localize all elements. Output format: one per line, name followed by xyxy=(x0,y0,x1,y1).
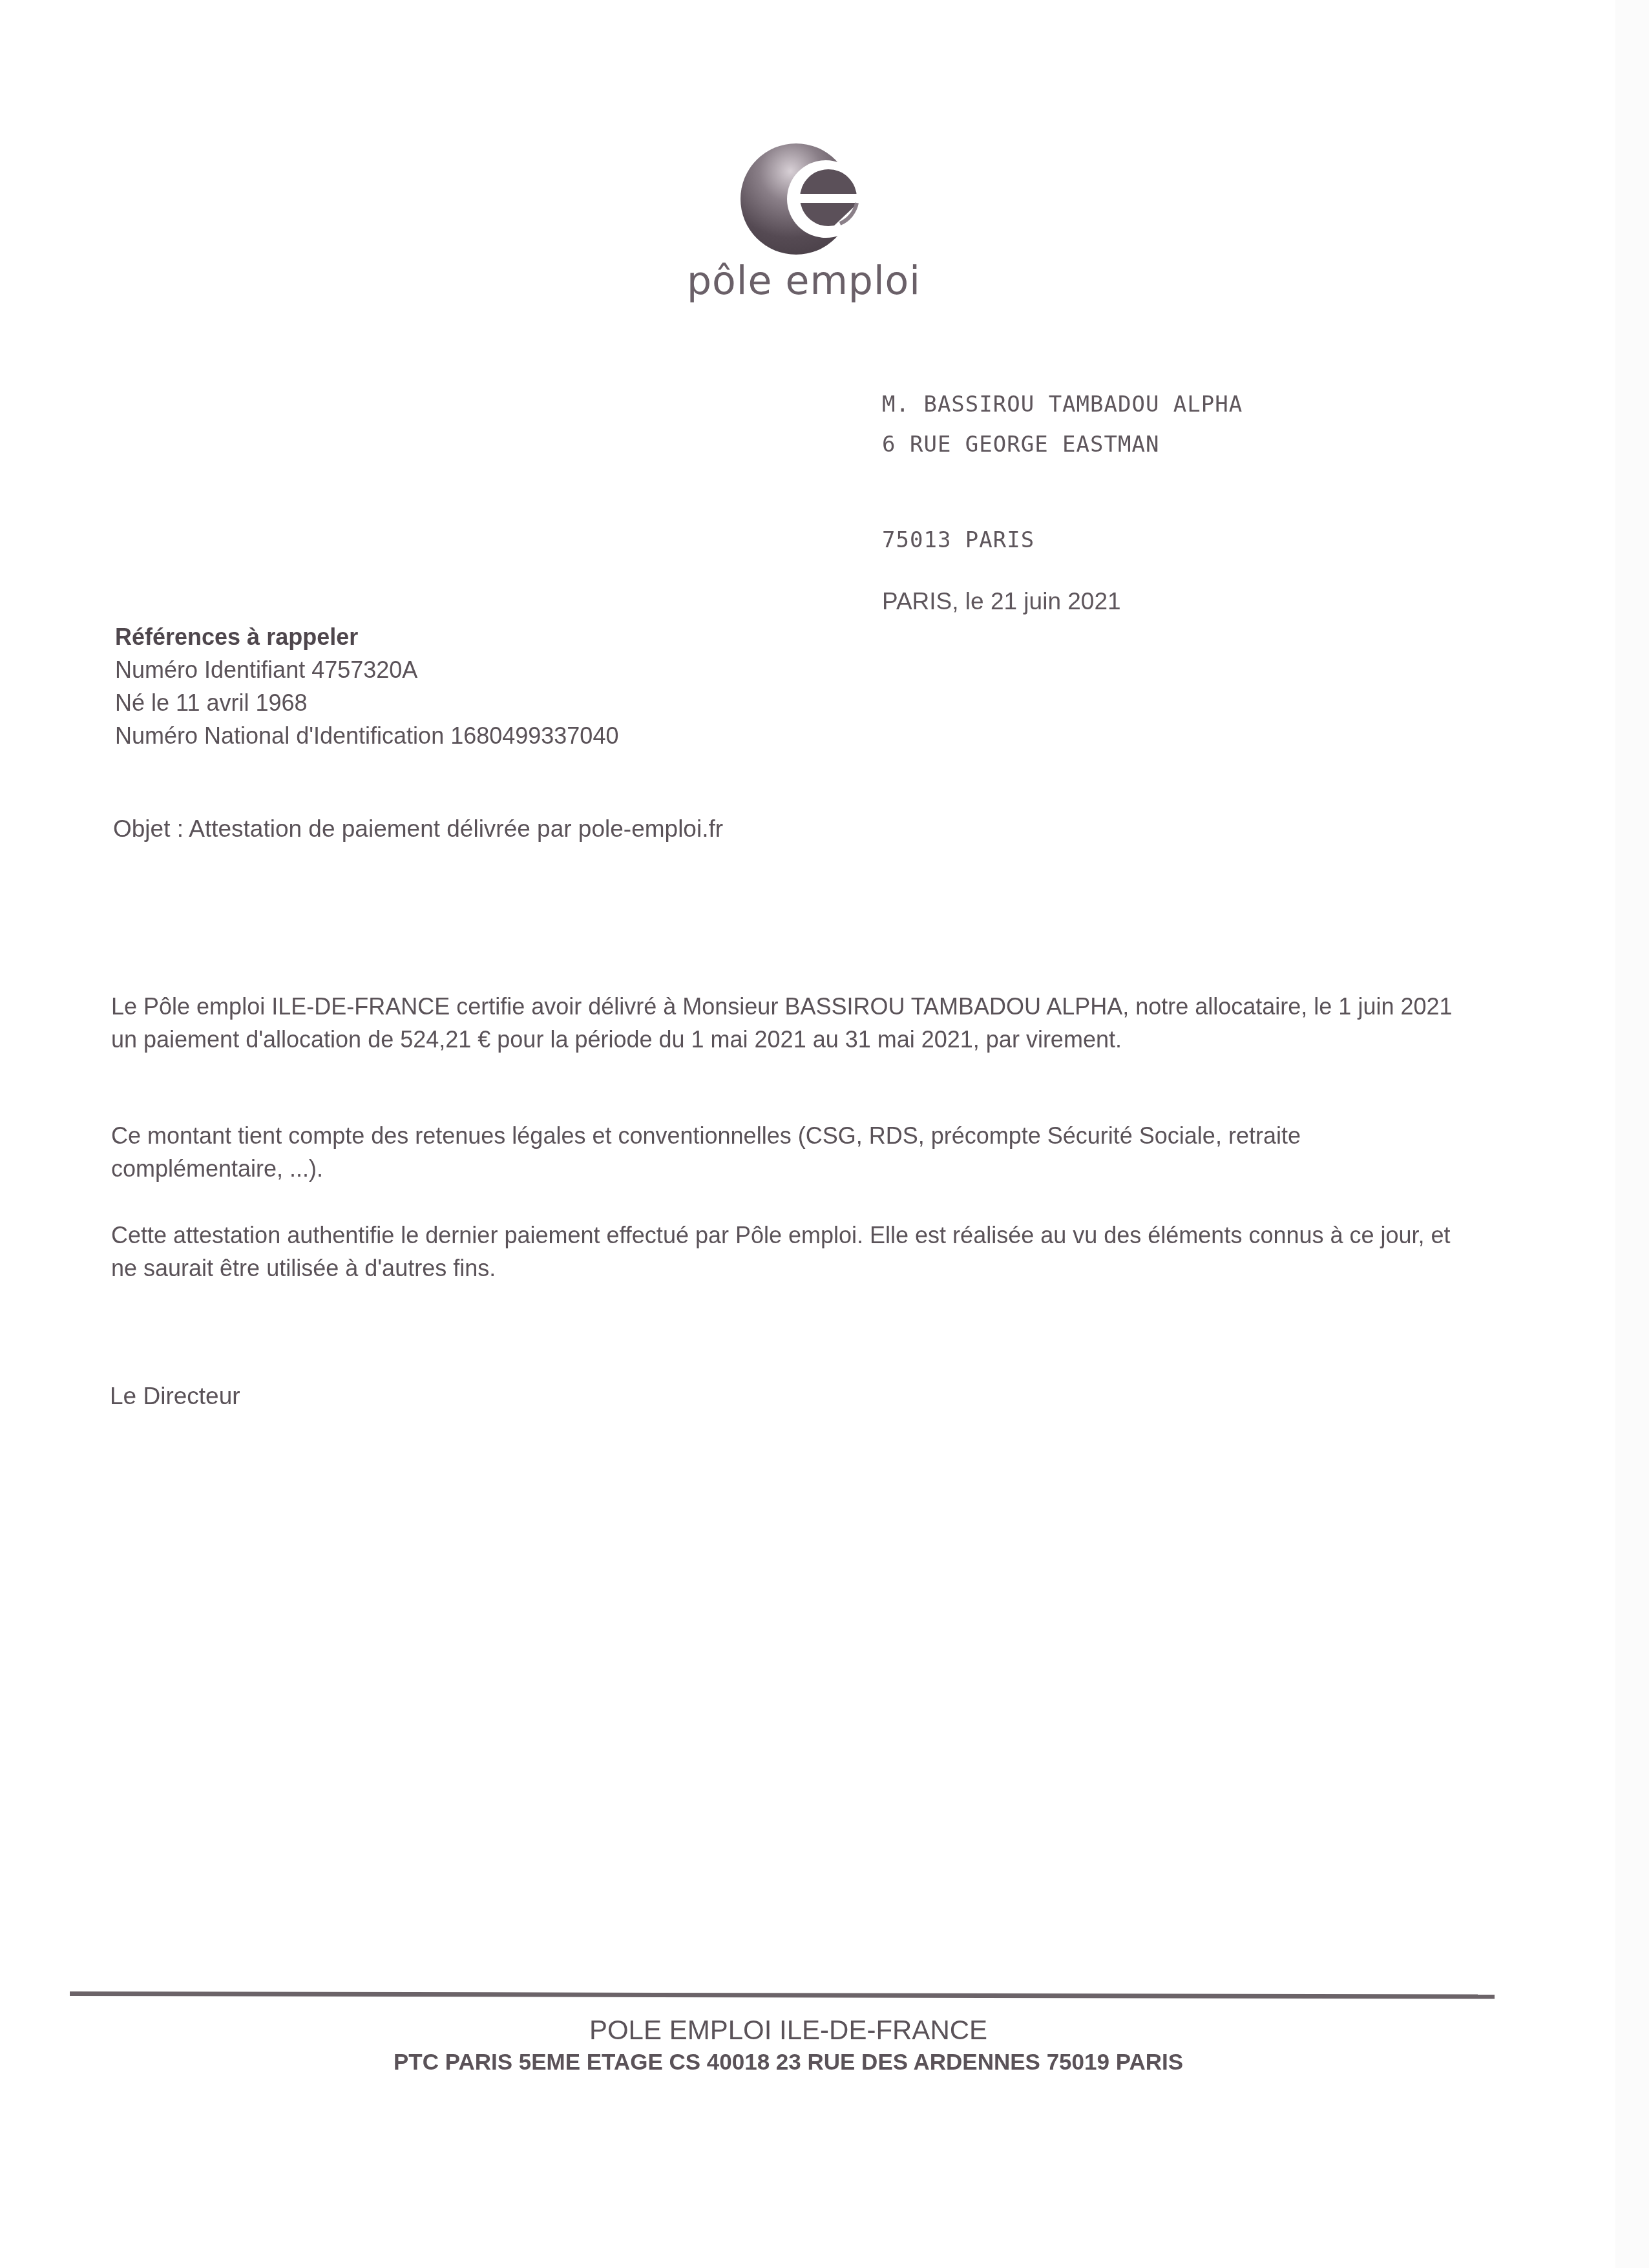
scan-edge xyxy=(1615,0,1649,2268)
signature: Le Directeur xyxy=(110,1383,240,1410)
footer-organization: POLE EMPLOI ILE-DE-FRANCE xyxy=(0,2015,1577,2046)
letter-page: pôle emploi M. BASSIROU TAMBADOU ALPHA 6… xyxy=(0,0,1649,2268)
letter-subject: Objet : Attestation de paiement délivrée… xyxy=(113,815,723,843)
recipient-address: M. BASSIROU TAMBADOU ALPHA 6 RUE GEORGE … xyxy=(882,384,1243,560)
body-paragraph-deductions: Ce montant tient compte des retenues lég… xyxy=(111,1119,1455,1185)
letter-date: PARIS, le 21 juin 2021 xyxy=(882,588,1121,615)
reference-national-id: Numéro National d'Identification 1680499… xyxy=(115,719,618,752)
references-title: Références à rappeler xyxy=(115,620,618,653)
footer-address: PTC PARIS 5EME ETAGE CS 40018 23 RUE DES… xyxy=(0,2050,1577,2075)
body-paragraph-authentication: Cette attestation authentifie le dernier… xyxy=(111,1219,1455,1285)
references-block: Références à rappeler Numéro Identifiant… xyxy=(115,620,618,752)
recipient-name: M. BASSIROU TAMBADOU ALPHA xyxy=(882,384,1243,425)
pole-emploi-logo: pôle emploi xyxy=(672,129,930,317)
recipient-street: 6 RUE GEORGE EASTMAN xyxy=(882,425,1243,465)
recipient-city: 75013 PARIS xyxy=(882,520,1243,560)
footer-divider xyxy=(70,1991,1495,1999)
body-paragraph-payment: Le Pôle emploi ILE-DE-FRANCE certifie av… xyxy=(111,990,1455,1056)
reference-identifier: Numéro Identifiant 4757320A xyxy=(115,653,618,686)
logo-wordmark: pôle emploi xyxy=(681,258,927,304)
reference-birthdate: Né le 11 avril 1968 xyxy=(115,686,618,719)
pole-emploi-e-logo-icon xyxy=(737,136,866,258)
